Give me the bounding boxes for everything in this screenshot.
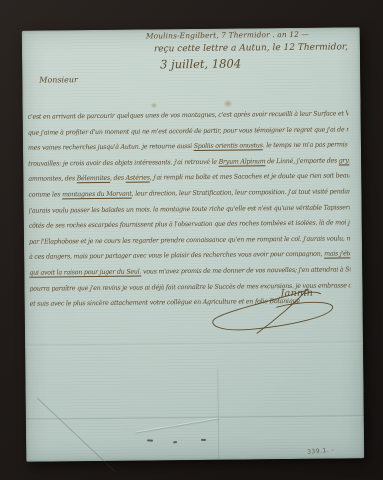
letter-header: Moulins-Engilbert, 7 Thermidor . an 12 —…	[146, 28, 358, 72]
fold-crease	[217, 369, 219, 461]
letter-paper: Moulins-Engilbert, 7 Thermidor . an 12 —…	[22, 27, 364, 462]
letter-body: c'est en arrivant de parcourir quelques …	[28, 106, 361, 312]
fold-crease	[25, 341, 363, 347]
scan-backdrop: Moulins-Engilbert, 7 Thermidor . an 12 —…	[0, 0, 383, 480]
header-line: reçu cette lettre a Autun, le 12 Thermid…	[154, 40, 358, 56]
paper-stain	[223, 100, 232, 108]
fold-crease	[26, 415, 364, 421]
paper-mark	[173, 441, 177, 443]
paper-mark	[147, 439, 153, 441]
fold-crease	[37, 398, 115, 472]
salutation: Monsieur	[39, 75, 78, 84]
header-line: 3 juillet, 1804	[160, 54, 358, 72]
paper-mark	[201, 439, 206, 441]
signature-flourish-icon	[204, 285, 340, 341]
fold-crease	[135, 417, 220, 432]
archival-number: 339.1. -	[307, 447, 335, 456]
